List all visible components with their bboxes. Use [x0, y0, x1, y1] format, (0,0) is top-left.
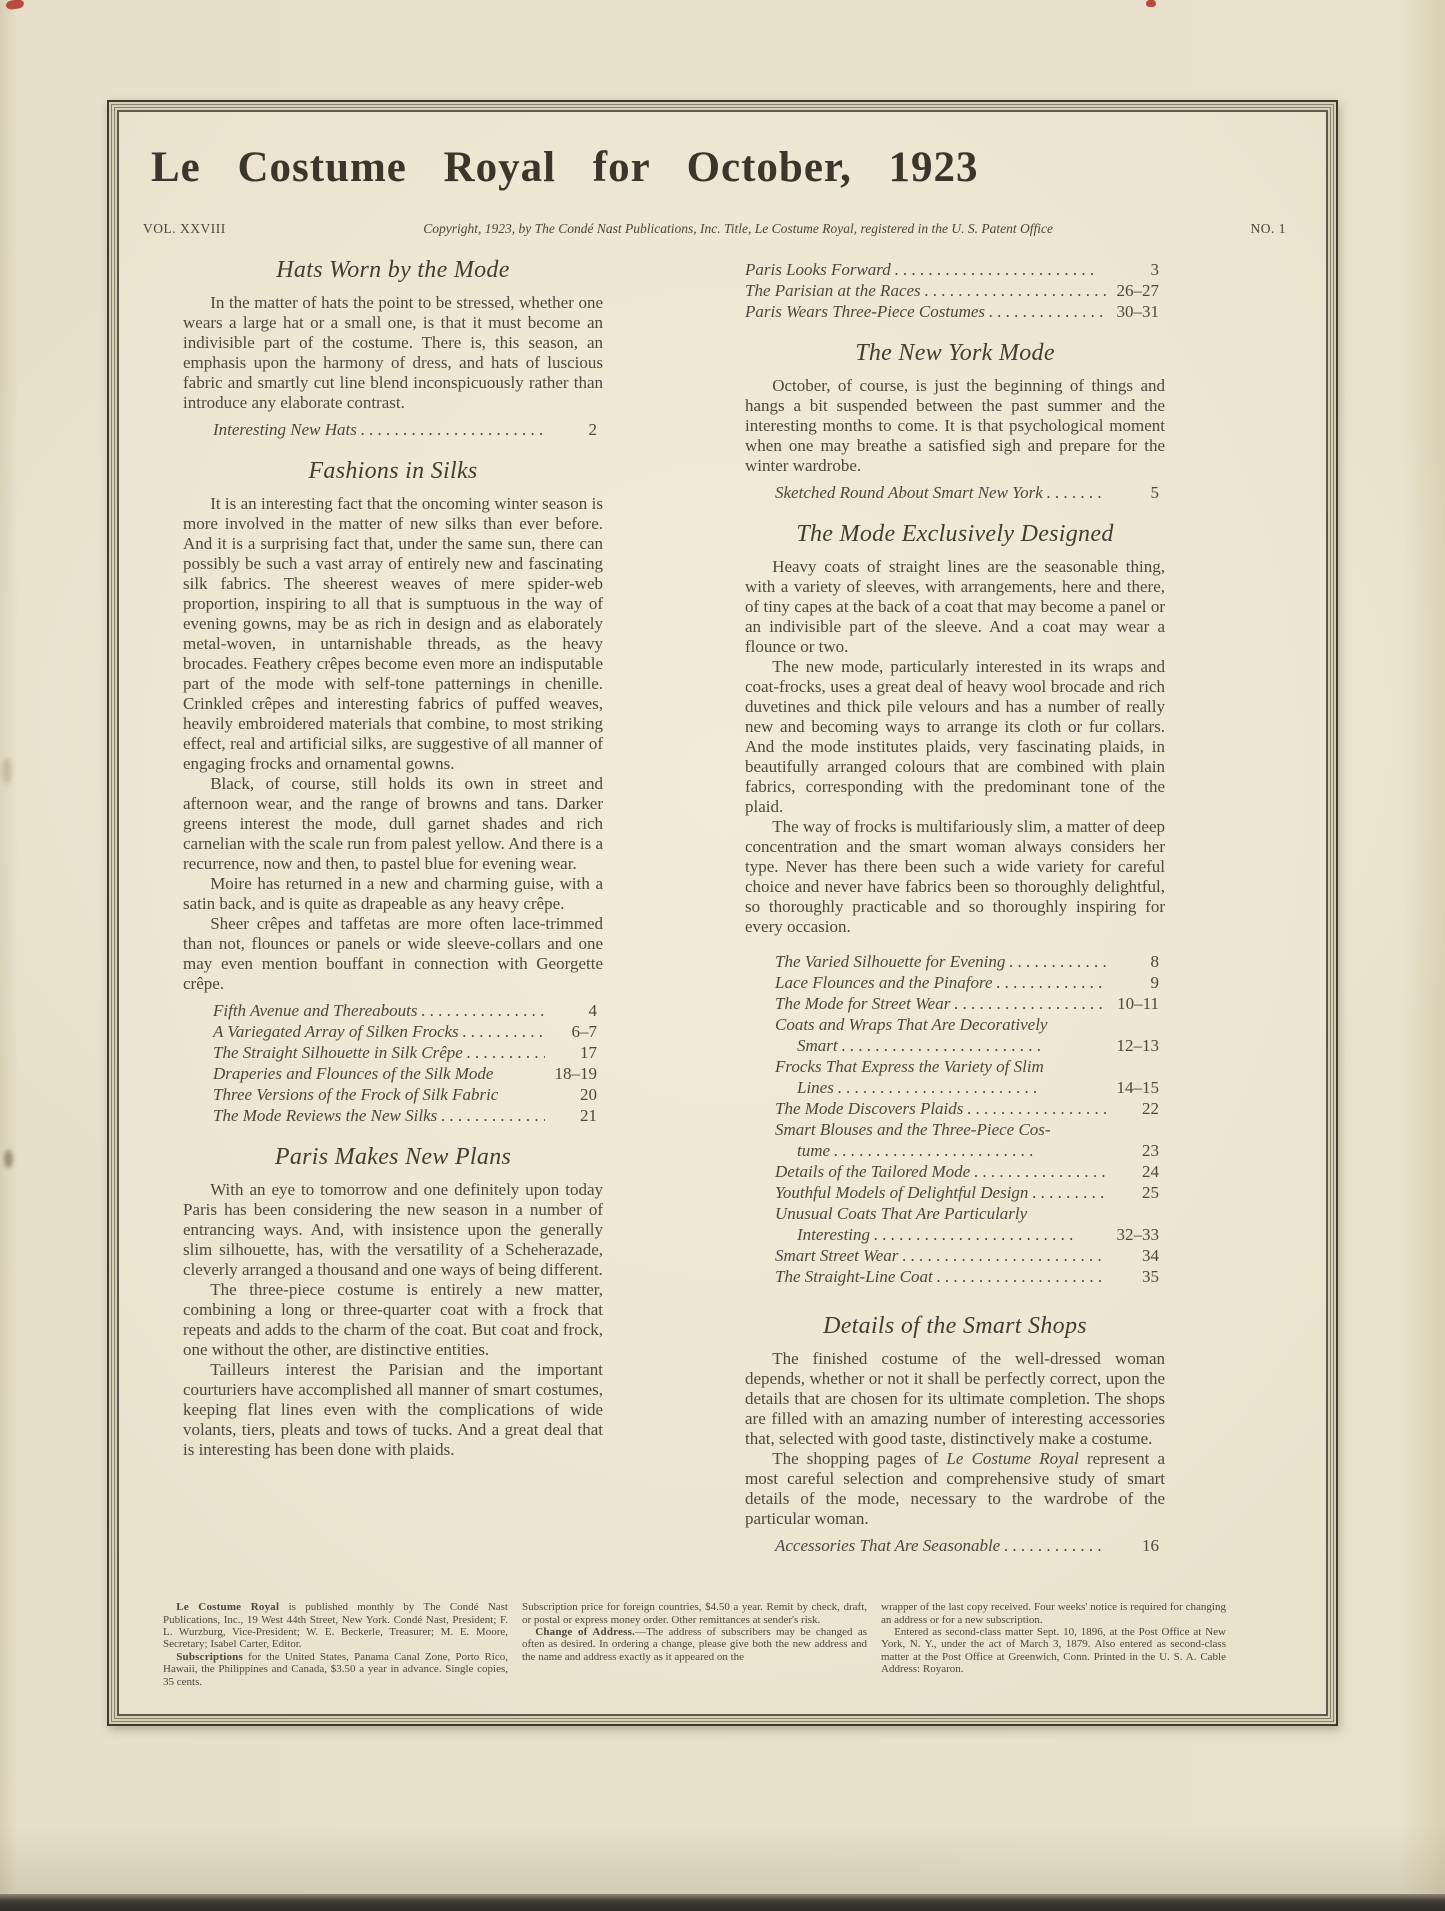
toc-entry: The Straight Silhouette in Silk Crêpe17 — [213, 1042, 597, 1063]
page-content: Le Costume Royal for October, 1923 VOL. … — [119, 112, 1326, 1714]
section-heading: Paris Makes New Plans — [183, 1144, 603, 1171]
footer-paragraph: wrapper of the last copy received. Four … — [881, 1601, 1226, 1626]
toc-entry: Accessories That Are Seasonable16 — [775, 1535, 1159, 1556]
toc-page-number: 30–31 — [1111, 301, 1159, 322]
section-toc: The Varied Silhouette for Evening8 Lace … — [775, 951, 1159, 1287]
paragraph: It is an interesting fact that the oncom… — [183, 494, 603, 774]
page-border-frame: Le Costume Royal for October, 1923 VOL. … — [107, 100, 1338, 1726]
toc-page-number: 17 — [549, 1042, 597, 1063]
toc-entry: Draperies and Flounces of the Silk Mode1… — [213, 1063, 597, 1084]
toc-entry: The Straight-Line Coat35 — [775, 1266, 1159, 1287]
section-toc: Sketched Round About Smart New York5 — [775, 482, 1159, 503]
toc-page-number: 2 — [549, 419, 597, 440]
dot-leader — [834, 1140, 1107, 1161]
section-paragraphs: October, of course, is just the beginnin… — [745, 376, 1165, 476]
toc-entry: Smart12–13 — [775, 1035, 1159, 1056]
section-toc: Interesting New Hats2 — [213, 419, 597, 440]
section-heading: The Mode Exclusively Designed — [745, 521, 1165, 548]
section-details-of-the-smart-shops: Details of the Smart Shops The finished … — [745, 1313, 1165, 1556]
toc-page-number: 14–15 — [1111, 1077, 1159, 1098]
footer-paragraph: Subscriptions for the United States, Pan… — [163, 1651, 508, 1688]
toc-page-number: 26–27 — [1111, 280, 1159, 301]
toc-entry: Interesting32–33 — [775, 1224, 1159, 1245]
toc-page-number: 20 — [549, 1084, 597, 1105]
toc-entry: Frocks That Express the Variety of Slim — [775, 1056, 1159, 1077]
toc-entry: Coats and Wraps That Are Decoratively — [775, 1014, 1159, 1035]
toc-entry: Unusual Coats That Are Particularly — [775, 1203, 1159, 1224]
section-paris-makes-new-plans: Paris Makes New Plans With an eye to tom… — [183, 1144, 603, 1460]
toc-entry: Interesting New Hats2 — [213, 419, 597, 440]
content-columns: Hats Worn by the Mode In the matter of h… — [143, 255, 1286, 1566]
scan-smudge — [2, 758, 12, 784]
paragraph: Black, of course, still holds its own in… — [183, 774, 603, 874]
footer-paragraph: Le Costume Royal is published monthly by… — [163, 1601, 508, 1651]
section-paragraphs: The finished costume of the well-dressed… — [745, 1349, 1165, 1529]
paragraph: The finished costume of the well-dressed… — [745, 1349, 1165, 1449]
paragraph: Sheer crêpes and taffetas are more often… — [183, 914, 603, 994]
toc-page-number: 9 — [1111, 972, 1159, 993]
section-paragraphs: In the matter of hats the point to be st… — [183, 293, 603, 413]
toc-page-number: 4 — [549, 1000, 597, 1021]
copyright-line: Copyright, 1923, by The Condé Nast Publi… — [226, 221, 1251, 237]
dot-leader — [997, 972, 1108, 993]
toc-page-number: 24 — [1111, 1161, 1159, 1182]
footer-paragraph: Entered as second-class matter Sept. 10,… — [881, 1626, 1226, 1676]
toc-entry: Paris Wears Three-Piece Costumes30–31 — [745, 301, 1159, 322]
issue-number-label: NO. 1 — [1251, 221, 1287, 237]
section-paragraphs: With an eye to tomorrow and one definite… — [183, 1180, 603, 1460]
dot-leader — [463, 1021, 545, 1042]
section-toc: Accessories That Are Seasonable16 — [775, 1535, 1159, 1556]
toc-entry: The Mode for Street Wear10–11 — [775, 993, 1159, 1014]
scan-bottom-edge — [0, 1894, 1445, 1911]
section-the-new-york-mode: The New York Mode October, of course, is… — [745, 340, 1165, 503]
paragraph: The three-piece costume is entirely a ne… — [183, 1280, 603, 1360]
dot-leader — [937, 1266, 1107, 1287]
dot-leader — [967, 1098, 1107, 1119]
toc-entry: The Varied Silhouette for Evening8 — [775, 951, 1159, 972]
toc-page-number: 35 — [1111, 1266, 1159, 1287]
toc-page-number: 10–11 — [1111, 993, 1159, 1014]
toc-entry: Youthful Models of Delightful Design25 — [775, 1182, 1159, 1203]
dot-leader — [925, 280, 1107, 301]
toc-page-number: 12–13 — [1111, 1035, 1159, 1056]
section-toc: Fifth Avenue and Thereabouts4 A Variegat… — [213, 1000, 597, 1126]
section-paragraphs: It is an interesting fact that the oncom… — [183, 494, 603, 994]
toc-entry: Details of the Tailored Mode24 — [775, 1161, 1159, 1182]
top-toc: Paris Looks Forward3 The Parisian at the… — [745, 259, 1159, 322]
page-title: Le Costume Royal for October, 1923 — [151, 144, 1286, 191]
imprint-footer: Le Costume Royal is published monthly by… — [163, 1601, 1226, 1688]
paragraph: October, of course, is just the beginnin… — [745, 376, 1165, 476]
toc-entry: tume23 — [775, 1140, 1159, 1161]
toc-page-number: 25 — [1111, 1182, 1159, 1203]
scan-smudge — [4, 1150, 13, 1168]
dot-leader — [874, 1224, 1107, 1245]
paragraph: With an eye to tomorrow and one definite… — [183, 1180, 603, 1280]
scanned-magazine-page: { "theme": { "paper": "#eee6d3", "paper_… — [0, 0, 1445, 1911]
toc-page-number: 21 — [549, 1105, 597, 1126]
paragraph: In the matter of hats the point to be st… — [183, 293, 603, 413]
section-hats-worn-by-the-mode: Hats Worn by the Mode In the matter of h… — [183, 257, 603, 440]
scan-red-mark — [1146, 0, 1156, 7]
toc-page-number: 5 — [1111, 482, 1159, 503]
toc-page-number: 8 — [1111, 951, 1159, 972]
section-heading: The New York Mode — [745, 340, 1165, 367]
dot-leader — [842, 1035, 1107, 1056]
dot-leader — [1032, 1182, 1107, 1203]
masthead-row: VOL. XXVIII Copyright, 1923, by The Cond… — [143, 221, 1286, 237]
section-heading: Fashions in Silks — [183, 458, 603, 485]
dot-leader — [895, 259, 1107, 280]
toc-page-number: 6–7 — [549, 1021, 597, 1042]
dot-leader — [467, 1042, 545, 1063]
toc-entry: Fifth Avenue and Thereabouts4 — [213, 1000, 597, 1021]
page-bottom-shadow — [0, 1824, 1445, 1894]
paragraph: Heavy coats of straight lines are the se… — [745, 557, 1165, 657]
section-fashions-in-silks: Fashions in Silks It is an interesting f… — [183, 458, 603, 1126]
dot-leader — [361, 419, 545, 440]
toc-entry: Smart Blouses and the Three-Piece Cos- — [775, 1119, 1159, 1140]
toc-entry: Paris Looks Forward3 — [745, 259, 1159, 280]
toc-entry: The Parisian at the Races26–27 — [745, 280, 1159, 301]
dot-leader — [441, 1105, 545, 1126]
paragraph: The way of frocks is multifariously slim… — [745, 817, 1165, 937]
section-heading: Details of the Smart Shops — [745, 1313, 1165, 1340]
dot-leader — [1004, 1535, 1107, 1556]
footer-column-3: wrapper of the last copy received. Four … — [881, 1601, 1226, 1688]
left-column: Hats Worn by the Mode In the matter of h… — [183, 255, 603, 1566]
dot-leader — [1047, 482, 1107, 503]
section-paragraphs: Heavy coats of straight lines are the se… — [745, 557, 1165, 937]
toc-entry: Smart Street Wear34 — [775, 1245, 1159, 1266]
dot-leader — [954, 993, 1107, 1014]
dot-leader — [989, 301, 1107, 322]
toc-entry: A Variegated Array of Silken Frocks6–7 — [213, 1021, 597, 1042]
dot-leader — [838, 1077, 1107, 1098]
footer-column-1: Le Costume Royal is published monthly by… — [163, 1601, 508, 1688]
dot-leader — [974, 1161, 1107, 1182]
toc-page-number: 34 — [1111, 1245, 1159, 1266]
toc-page-number: 18–19 — [549, 1063, 597, 1084]
toc-page-number: 22 — [1111, 1098, 1159, 1119]
dot-leader — [421, 1000, 545, 1021]
footer-column-2: Subscription price for foreign countries… — [522, 1601, 867, 1688]
paragraph: Moire has returned in a new and charming… — [183, 874, 603, 914]
toc-page-number: 3 — [1111, 259, 1159, 280]
scan-red-mark — [5, 0, 24, 10]
footer-paragraph: Subscription price for foreign countries… — [522, 1601, 867, 1626]
section-heading: Hats Worn by the Mode — [183, 257, 603, 284]
toc-entry: The Mode Discovers Plaids22 — [775, 1098, 1159, 1119]
toc-entry: The Mode Reviews the New Silks21 — [213, 1105, 597, 1126]
toc-page-number: 16 — [1111, 1535, 1159, 1556]
right-column: Paris Looks Forward3 The Parisian at the… — [745, 255, 1165, 1566]
section-the-mode-exclusively-designed: The Mode Exclusively Designed Heavy coat… — [745, 521, 1165, 1287]
toc-entry: Three Versions of the Frock of Silk Fabr… — [213, 1084, 597, 1105]
toc-page-number: 23 — [1111, 1140, 1159, 1161]
paragraph: The shopping pages of Le Costume Royal r… — [745, 1449, 1165, 1529]
volume-label: VOL. XXVIII — [143, 221, 226, 237]
paragraph: Tailleurs interest the Parisian and the … — [183, 1360, 603, 1460]
toc-page-number: 32–33 — [1111, 1224, 1159, 1245]
dot-leader — [1009, 951, 1107, 972]
toc-entry: Lines14–15 — [775, 1077, 1159, 1098]
toc-entry: Lace Flounces and the Pinafore9 — [775, 972, 1159, 993]
toc-entry: Sketched Round About Smart New York5 — [775, 482, 1159, 503]
paragraph: The new mode, particularly interested in… — [745, 657, 1165, 817]
dot-leader — [902, 1245, 1107, 1266]
footer-paragraph: Change of Address.—The address of subscr… — [522, 1626, 867, 1663]
